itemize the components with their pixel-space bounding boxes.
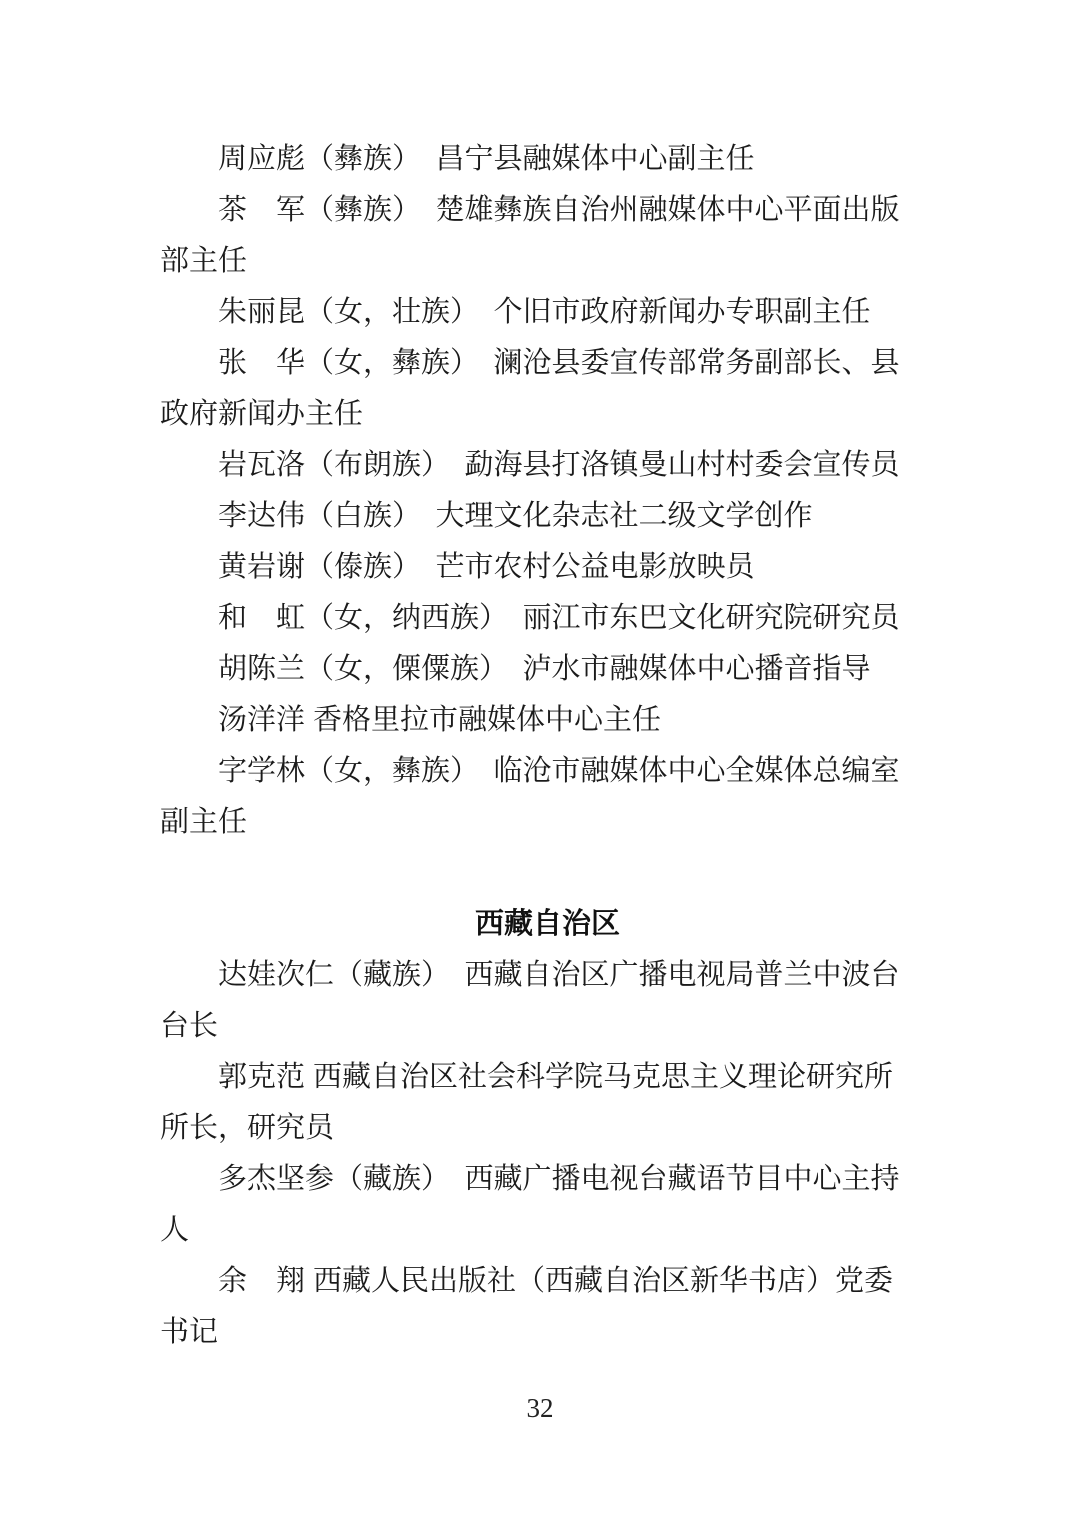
entry-line: 周应彪（彝族） 昌宁县融媒体中心副主任 xyxy=(160,134,935,185)
entry-line: 字学林（女，彝族） 临沧市融媒体中心全媒体总编室 xyxy=(160,746,935,797)
entry-line: 所长，研究员 xyxy=(160,1103,935,1154)
award-entry: 岩瓦洛（布朗族） 勐海县打洛镇曼山村村委会宣传员 xyxy=(160,440,935,491)
award-entry: 黄岩谢（傣族） 芒市农村公益电影放映员 xyxy=(160,542,935,593)
entry-line: 张 华（女，彝族） 澜沧县委宣传部常务副部长、县 xyxy=(160,338,935,389)
entry-line: 黄岩谢（傣族） 芒市农村公益电影放映员 xyxy=(160,542,935,593)
award-entry: 多杰坚参（藏族） 西藏广播电视台藏语节目中心主持人 xyxy=(160,1154,935,1256)
award-entry: 达娃次仁（藏族） 西藏自治区广播电视局普兰中波台台长 xyxy=(160,950,935,1052)
award-entry: 汤洋洋 香格里拉市融媒体中心主任 xyxy=(160,695,935,746)
entry-line: 李达伟（白族） 大理文化杂志社二级文学创作 xyxy=(160,491,935,542)
award-entry: 李达伟（白族） 大理文化杂志社二级文学创作 xyxy=(160,491,935,542)
entry-line: 台长 xyxy=(160,1001,935,1052)
section-header: 西藏自治区 xyxy=(160,899,935,950)
entry-line: 胡陈兰（女，傈僳族） 泸水市融媒体中心播音指导 xyxy=(160,644,935,695)
entry-line: 余 翔 西藏人民出版社（西藏自治区新华书店）党委 xyxy=(160,1256,935,1307)
entry-line: 和 虹（女，纳西族） 丽江市东巴文化研究院研究员 xyxy=(160,593,935,644)
body-text: 周应彪（彝族） 昌宁县融媒体中心副主任茶 军（彝族） 楚雄彝族自治州融媒体中心平… xyxy=(160,134,935,1358)
document-page: 周应彪（彝族） 昌宁县融媒体中心副主任茶 军（彝族） 楚雄彝族自治州融媒体中心平… xyxy=(0,0,1080,1526)
entry-line: 书记 xyxy=(160,1307,935,1358)
award-entry: 胡陈兰（女，傈僳族） 泸水市融媒体中心播音指导 xyxy=(160,644,935,695)
award-entry: 茶 军（彝族） 楚雄彝族自治州融媒体中心平面出版部主任 xyxy=(160,185,935,287)
entry-line: 汤洋洋 香格里拉市融媒体中心主任 xyxy=(160,695,935,746)
award-entry: 余 翔 西藏人民出版社（西藏自治区新华书店）党委书记 xyxy=(160,1256,935,1358)
page-number: 32 xyxy=(0,1394,1080,1422)
entry-line: 岩瓦洛（布朗族） 勐海县打洛镇曼山村村委会宣传员 xyxy=(160,440,935,491)
entry-line: 人 xyxy=(160,1205,935,1256)
entry-line: 政府新闻办主任 xyxy=(160,389,935,440)
entry-line: 部主任 xyxy=(160,236,935,287)
entry-line: 朱丽昆（女，壮族） 个旧市政府新闻办专职副主任 xyxy=(160,287,935,338)
award-entry: 周应彪（彝族） 昌宁县融媒体中心副主任 xyxy=(160,134,935,185)
entry-line: 副主任 xyxy=(160,797,935,848)
entry-line: 茶 军（彝族） 楚雄彝族自治州融媒体中心平面出版 xyxy=(160,185,935,236)
award-entry: 字学林（女，彝族） 临沧市融媒体中心全媒体总编室副主任 xyxy=(160,746,935,848)
award-entry: 郭克范 西藏自治区社会科学院马克思主义理论研究所所长，研究员 xyxy=(160,1052,935,1154)
award-entry: 和 虹（女，纳西族） 丽江市东巴文化研究院研究员 xyxy=(160,593,935,644)
award-entry: 张 华（女，彝族） 澜沧县委宣传部常务副部长、县政府新闻办主任 xyxy=(160,338,935,440)
entry-line: 多杰坚参（藏族） 西藏广播电视台藏语节目中心主持 xyxy=(160,1154,935,1205)
entry-line: 达娃次仁（藏族） 西藏自治区广播电视局普兰中波台 xyxy=(160,950,935,1001)
entry-line: 郭克范 西藏自治区社会科学院马克思主义理论研究所 xyxy=(160,1052,935,1103)
award-entry: 朱丽昆（女，壮族） 个旧市政府新闻办专职副主任 xyxy=(160,287,935,338)
